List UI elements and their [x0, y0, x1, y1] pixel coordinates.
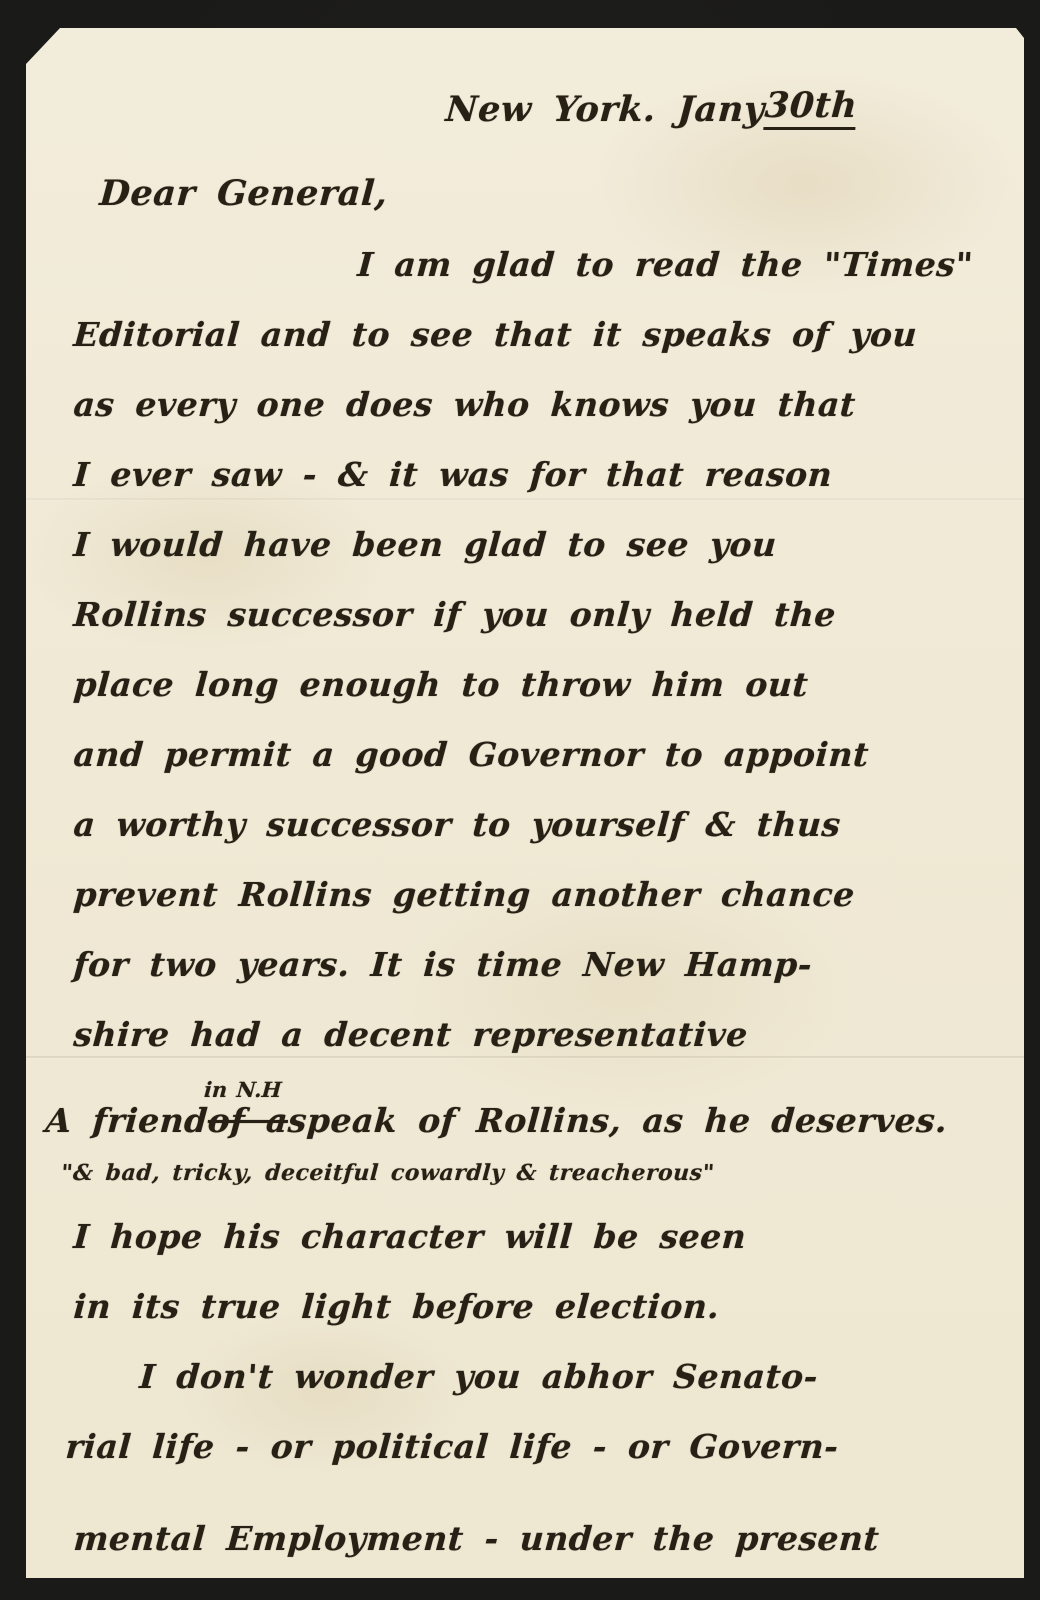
letter-line: a worthy successor to yourself & thus [26, 778, 1029, 848]
letter-line: place long enough to throw him out [26, 638, 1029, 708]
letter-text: Dear General, [98, 173, 389, 214]
insertion-point: in N.Hof a [207, 1101, 290, 1140]
letter-text: I am glad to read the "Times" [356, 245, 974, 284]
letter-line: A friend in N.Hof a speak of Rollins, as… [26, 1058, 1030, 1144]
letter-lines: New York. Jany 30thDear General,I am gla… [26, 28, 1024, 1578]
letter-text: as every one does who knows you that [72, 385, 857, 424]
letter-line: for two years. It is time New Hamp- [26, 918, 1029, 988]
letter-line: prevent Rollins getting another chance [26, 848, 1029, 918]
letter-line: New York. Jany 30th [26, 52, 1030, 134]
letter-text: A friend [44, 1101, 209, 1140]
letter-text: shire had a decent representative [72, 1015, 749, 1054]
struck-word: of a [207, 1101, 290, 1140]
letter-text: "& bad, tricky, deceitful cowardly & tre… [60, 1160, 715, 1186]
letter-line: rial life - or political life - or Gover… [26, 1400, 1029, 1470]
letter-text: prevent Rollins getting another chance [72, 875, 856, 914]
letter-line: "& bad, tricky, deceitful cowardly & tre… [26, 1144, 1027, 1190]
letter-text: I would have been glad to see you [72, 525, 778, 564]
letter-text: rial life - or political life - or Gover… [64, 1427, 840, 1466]
letter-text: I hope his character will be seen [72, 1217, 747, 1256]
letter-text: I don't wonder you abhor Senato- [138, 1357, 819, 1396]
letter-line: I hope his character will be seen [26, 1190, 1029, 1260]
letter-text: and permit a good Governor to appoint [72, 735, 870, 774]
underlined-word: 30th [763, 85, 858, 130]
letter-text: Rollins successor if you only held the [72, 595, 837, 634]
letter-line: mental Employment - under the present [26, 1492, 1029, 1562]
letter-line: I don't wonder you abhor Senato- [26, 1330, 1029, 1400]
letter-line: Rollins successor if you only held the [26, 568, 1029, 638]
letter-text: I ever saw - & it was for that reason [72, 455, 833, 494]
letter-text: in its true light before election. [72, 1287, 721, 1326]
inserted-word: in N.H [203, 1077, 282, 1102]
letter-text: for two years. It is time New Hamp- [72, 945, 813, 984]
letter-line: and permit a good Governor to appoint [26, 708, 1029, 778]
letter-line: shire had a decent representative [26, 988, 1029, 1058]
letter-text: a worthy successor to yourself & thus [72, 805, 842, 844]
letter-text: New York. Jany [444, 89, 766, 130]
letter-text: place long enough to throw him out [72, 665, 809, 704]
letter-line: in its true light before election. [26, 1260, 1029, 1330]
letter-text: mental Employment - under the present [72, 1519, 880, 1558]
letter-line: Dear General, [26, 134, 1030, 218]
letter-line: I would have been glad to see you [26, 498, 1029, 568]
letter-text: Editorial and to see that it speaks of y… [72, 315, 918, 354]
letter-page: New York. Jany 30thDear General,I am gla… [26, 28, 1024, 1578]
letter-line: I ever saw - & it was for that reason [26, 428, 1029, 498]
scan-backdrop: New York. Jany 30thDear General,I am gla… [0, 0, 1040, 1600]
letter-line: I am glad to read the "Times" [26, 218, 1029, 288]
letter-line: Editorial and to see that it speaks of y… [26, 288, 1029, 358]
letter-line: as every one does who knows you that [26, 358, 1029, 428]
letter-text: speak of Rollins, as he deserves. [287, 1101, 949, 1140]
